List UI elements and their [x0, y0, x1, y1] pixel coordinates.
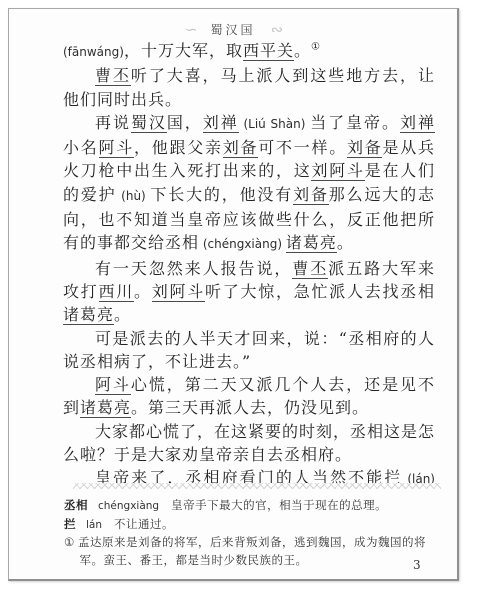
footnote-entry: 丞相chéngxiàng皇帝手下最大的官，相当于现在的总理。 [64, 497, 443, 516]
text-segment: 。 [134, 282, 152, 301]
footnote-entry: 拦lán不让通过。 [64, 516, 443, 535]
body-paragraph: 曹丕听了大喜，马上派人到这些地方去，让他们同时出兵。 [63, 64, 435, 111]
left-swash-ornament-icon: ∽ [185, 21, 196, 39]
footnote-marker: ① [64, 535, 78, 549]
body-paragraph: 阿斗心慌，第二天又派几个人去，还是见不到诸葛亮。第三天再派人去，仍没见到。 [63, 373, 435, 420]
text-segment: 当了皇帝。 [310, 113, 400, 132]
text-segment: 。 [337, 233, 354, 252]
body-paragraph: 大家都心慌了，在这紧要的时刻，丞相这是怎么啦？于是大家劝皇帝亲自去丞相府。 [63, 420, 435, 467]
text-segment: 皇帝来了，丞相府看门的人当然不能拦 [95, 468, 402, 483]
body-paragraph: 皇帝来了，丞相府看门的人当然不能拦 (lán) 着。阿斗走到里面一看，诸葛亮正坐… [63, 466, 435, 483]
body-text: (fānwáng)，十万大军，取西平关。①曹丕听了大喜，马上派人到这些地方去，让… [63, 39, 435, 483]
pinyin-annotation: (lán) [402, 472, 435, 483]
footnote-pinyin: chéngxiàng [98, 500, 159, 512]
page: ∽ 蜀汉国 ∾ (fānwáng)，十万大军，取西平关。①曹丕听了大喜，马上派人… [8, 8, 459, 581]
body-paragraph: (fānwáng)，十万大军，取西平关。① [63, 39, 435, 64]
text-segment: 小名 [63, 138, 99, 157]
footnotes: 丞相chéngxiàng皇帝手下最大的官，相当于现在的总理。拦lán不让通过。①… [64, 497, 443, 569]
proper-noun: 西川 [99, 282, 135, 302]
proper-noun: 西平关 [243, 41, 294, 61]
proper-noun: 曹丕 [95, 66, 131, 86]
text-segment: 听了大惊，急忙派人去找丞相 [205, 282, 435, 301]
text-segment: 再说 [95, 113, 131, 132]
text-segment: ，他跟父亲 [134, 138, 223, 157]
proper-noun: 诸葛亮 [80, 398, 131, 418]
proper-noun: 曹丕 [292, 259, 328, 279]
footnote-definition: 皇帝手下最大的官，相当于现在的总理。 [171, 498, 387, 512]
proper-noun: 阿斗 [95, 375, 131, 395]
proper-noun: 刘禅 [203, 113, 239, 133]
scanned-page-canvas: ∽ 蜀汉国 ∾ (fānwáng)，十万大军，取西平关。①曹丕听了大喜，马上派人… [0, 0, 485, 592]
text-segment: 。 [294, 41, 311, 60]
footnote-definition: 不让通过。 [114, 517, 174, 531]
chapter-title: 蜀汉国 [210, 23, 255, 37]
text-segment: 有一天忽然来人报告说， [95, 259, 292, 278]
body-paragraph: 有一天忽然来人报告说，曹丕派五路大军来攻打西川。刘阿斗听了大惊，急忙派人去找丞相… [63, 257, 435, 327]
pinyin-annotation: (Liú Shàn) [239, 117, 311, 131]
proper-noun: 刘禅 [400, 113, 435, 133]
page-number: 3 [413, 558, 421, 572]
text-segment: 。 [114, 305, 131, 324]
body-paragraph: 可是派去的人半天才回来，说：“丞相府的人说丞相病了，不让进去。” [63, 327, 435, 374]
body-paragraph: 再说蜀汉国，刘禅 (Liú Shàn) 当了皇帝。刘禅小名阿斗，他跟父亲刘备可不… [63, 111, 435, 257]
text-segment: 下长大的，他没有 [150, 185, 293, 204]
numbered-footnote: ① 孟达原来是刘备的将军，后来背叛刘备，逃到魏国，成为魏国的将军。蛮王、番王，都… [64, 534, 443, 569]
pinyin-annotation: (fānwáng) [63, 45, 124, 59]
decorative-divider [73, 483, 441, 489]
text-segment: 可不一样。 [258, 138, 347, 157]
proper-noun: 刘备 [347, 138, 383, 158]
text-segment: 国， [167, 113, 203, 132]
footnote-text: 孟达原来是刘备的将军，后来背叛刘备，逃到魏国，成为魏国的将军。蛮王、番王，都是当… [78, 535, 426, 567]
text-segment: ，十万大军，取 [124, 41, 243, 60]
pinyin-annotation: (chéngxiàng) [199, 237, 286, 251]
text-segment: 。第三天再派人去，仍没见到。 [131, 398, 369, 417]
footnote-term: 丞相 [64, 498, 88, 512]
proper-noun: 阿斗 [99, 138, 135, 158]
proper-noun: 刘阿斗 [152, 282, 205, 302]
footnote-term: 拦 [64, 517, 76, 531]
footnote-pinyin: lán [86, 519, 102, 531]
proper-noun: 蜀汉 [131, 113, 167, 133]
footnote-ref: ① [311, 42, 320, 53]
proper-noun: 刘备 [293, 185, 329, 205]
proper-noun: 刘阿斗 [311, 161, 364, 181]
proper-noun: 刘备 [223, 138, 259, 158]
proper-noun: 诸葛亮 [286, 233, 337, 253]
right-swash-ornament-icon: ∾ [271, 21, 282, 39]
text-segment: 可是派去的人半天才回来，说：“丞相府的人说丞相病了，不让进去。” [63, 329, 435, 371]
pinyin-annotation: (hù) [117, 189, 151, 203]
page-header: ∽ 蜀汉国 ∾ [9, 19, 457, 39]
text-segment: 大家都心慌了，在这紧要的时刻，丞相这是怎么啦？于是大家劝皇帝亲自去丞相府。 [63, 422, 435, 464]
proper-noun: 诸葛亮 [63, 305, 114, 325]
